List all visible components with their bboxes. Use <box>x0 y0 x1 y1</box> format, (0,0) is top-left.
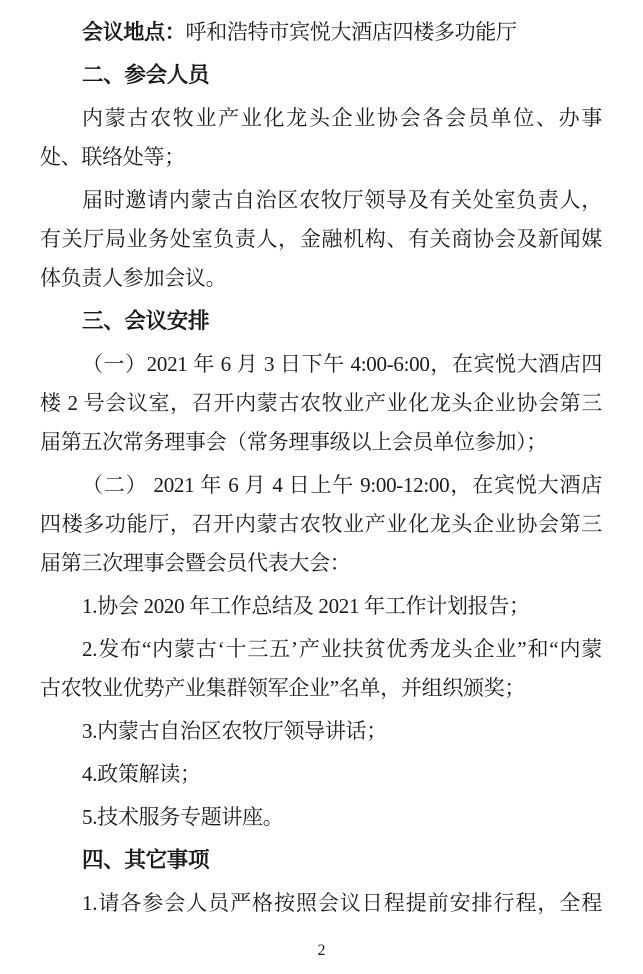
para-agenda-topic-5: 5.技术服务专题讲座。 <box>40 798 602 837</box>
text-line: 1.请各参会人员严格按照会议日程提前安排行程，全程 <box>40 884 602 923</box>
para-agenda-topic-4: 4.政策解读； <box>40 755 602 794</box>
heading-attendees: 二、参会人员 <box>40 56 602 95</box>
text-line: 体负责人参加会议。 <box>40 259 602 298</box>
document-body: 会议地点：呼和浩特市宾悦大酒店四楼多功能厅 二、参会人员 内蒙古农牧业产业化龙头… <box>40 9 602 927</box>
para-agenda-session-1: （一）2021 年 6 月 3 日下午 4:00-6:00，在宾悦大酒店四 楼 … <box>40 345 602 462</box>
text-line: 楼 2 号会议室，召开内蒙古农牧业产业化龙头企业协会第三 <box>40 384 602 423</box>
para-other-matters-1: 1.请各参会人员严格按照会议日程提前安排行程，全程 <box>40 884 602 923</box>
text-line: 届第三次理事会暨会员代表大会： <box>40 544 602 583</box>
text-line: 古农牧业优势产业集群领军企业”名单，并组织颁奖； <box>40 669 602 708</box>
text-line: 内蒙古农牧业产业化龙头企业协会各会员单位、办事 <box>40 99 602 138</box>
text-line: 3.内蒙古自治区农牧厅领导讲话； <box>40 712 602 751</box>
text-line: 届时邀请内蒙古自治区农牧厅领导及有关处室负责人， <box>40 181 602 220</box>
text-line: 四楼多功能厅，召开内蒙古农牧业产业化龙头企业协会第三 <box>40 505 602 544</box>
text-line: 5.技术服务专题讲座。 <box>40 798 602 837</box>
para-agenda-topic-1: 1.协会 2020 年工作总结及 2021 年工作计划报告； <box>40 587 602 626</box>
text-line: 有关厅局业务处室负责人，金融机构、有关商协会及新闻媒 <box>40 220 602 259</box>
text-line: 1.协会 2020 年工作总结及 2021 年工作计划报告； <box>40 587 602 626</box>
para-agenda-session-2: （二） 2021 年 6 月 4 日上午 9:00-12:00，在宾悦大酒店 四… <box>40 466 602 583</box>
heading-text: 二、参会人员 <box>40 56 602 95</box>
text-line: 会议地点：呼和浩特市宾悦大酒店四楼多功能厅 <box>40 13 602 52</box>
text-line: 届第五次常务理事会（常务理事级以上会员单位参加）； <box>40 423 602 462</box>
meeting-location-label: 会议地点： <box>82 21 186 44</box>
para-attendees-members: 内蒙古农牧业产业化龙头企业协会各会员单位、办事 处、联络处等； <box>40 99 602 177</box>
para-agenda-topic-3: 3.内蒙古自治区农牧厅领导讲话； <box>40 712 602 751</box>
heading-text: 四、其它事项 <box>40 841 602 880</box>
page-number: 2 <box>0 942 643 960</box>
text-line: 4.政策解读； <box>40 755 602 794</box>
heading-other-matters: 四、其它事项 <box>40 841 602 880</box>
heading-agenda: 三、会议安排 <box>40 302 602 341</box>
text-line: （一）2021 年 6 月 3 日下午 4:00-6:00，在宾悦大酒店四 <box>40 345 602 384</box>
para-attendees-invited: 届时邀请内蒙古自治区农牧厅领导及有关处室负责人， 有关厅局业务处室负责人，金融机… <box>40 181 602 298</box>
document-page: 会议地点：呼和浩特市宾悦大酒店四楼多功能厅 二、参会人员 内蒙古农牧业产业化龙头… <box>0 0 643 974</box>
text-line: 2.发布“内蒙古‘十三五’产业扶贫优秀龙头企业”和“内蒙 <box>40 630 602 669</box>
para-meeting-location: 会议地点：呼和浩特市宾悦大酒店四楼多功能厅 <box>40 13 602 52</box>
heading-text: 三、会议安排 <box>40 302 602 341</box>
meeting-location-value: 呼和浩特市宾悦大酒店四楼多功能厅 <box>186 20 517 44</box>
text-line: 处、联络处等； <box>40 138 602 177</box>
para-agenda-topic-2: 2.发布“内蒙古‘十三五’产业扶贫优秀龙头企业”和“内蒙 古农牧业优势产业集群领… <box>40 630 602 708</box>
text-line: （二） 2021 年 6 月 4 日上午 9:00-12:00，在宾悦大酒店 <box>40 466 602 505</box>
